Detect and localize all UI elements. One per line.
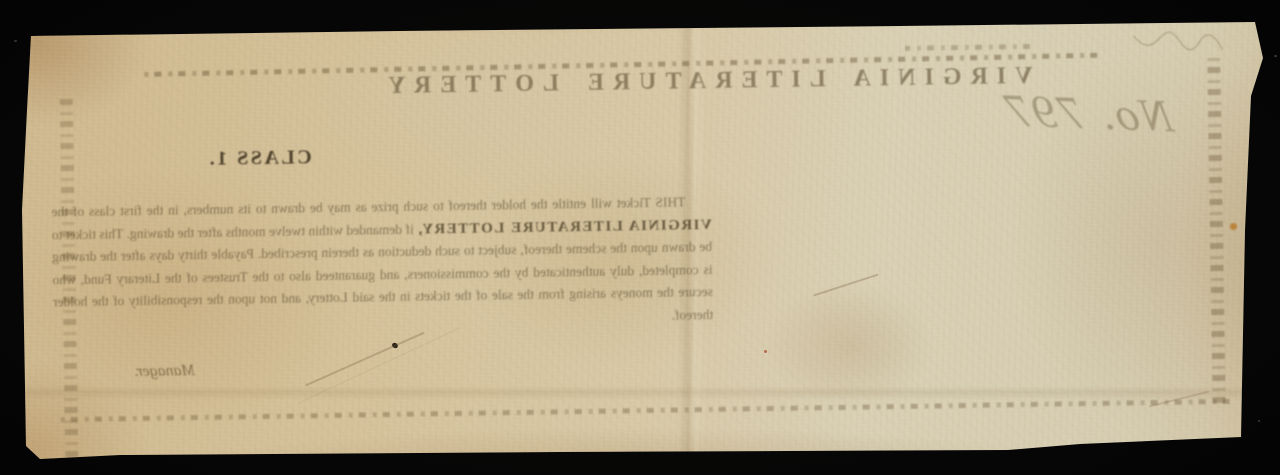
orange-stain bbox=[1229, 222, 1238, 231]
border-ornament-left bbox=[1207, 53, 1225, 403]
photo-background: VIRGINIA LITERATURE LOTTERY No. 797 CLAS… bbox=[0, 0, 1280, 475]
class-label: CLASS 1. bbox=[132, 146, 312, 172]
red-fleck bbox=[952, 18, 955, 21]
body-text-caps: VIRGINIA LITERATURE LOTTERY, bbox=[417, 216, 712, 237]
ticket-paper-back: VIRGINIA LITERATURE LOTTERY No. 797 CLAS… bbox=[0, 0, 1280, 475]
ornament-rule-bottom bbox=[60, 399, 1230, 422]
ticket-body-paragraph: THIS Ticket will entitle the holder ther… bbox=[51, 191, 713, 340]
manager-signature-label: Manager. bbox=[85, 362, 195, 382]
red-fleck bbox=[764, 350, 767, 353]
body-text-start: THIS Ticket will entitle the holder ther… bbox=[51, 194, 685, 219]
dust-speck bbox=[1258, 420, 1260, 422]
body-text-end: if demanded within twelve months after t… bbox=[52, 221, 714, 322]
signature-squiggle bbox=[1126, 23, 1227, 59]
ticket-number: No. 797 bbox=[944, 82, 1178, 143]
dust-speck bbox=[1274, 55, 1277, 57]
dust-speck bbox=[14, 40, 17, 42]
mirrored-bleed-through-layer: VIRGINIA LITERATURE LOTTERY No. 797 CLAS… bbox=[22, 10, 1269, 469]
ornament-rule-top-short bbox=[905, 44, 1030, 51]
